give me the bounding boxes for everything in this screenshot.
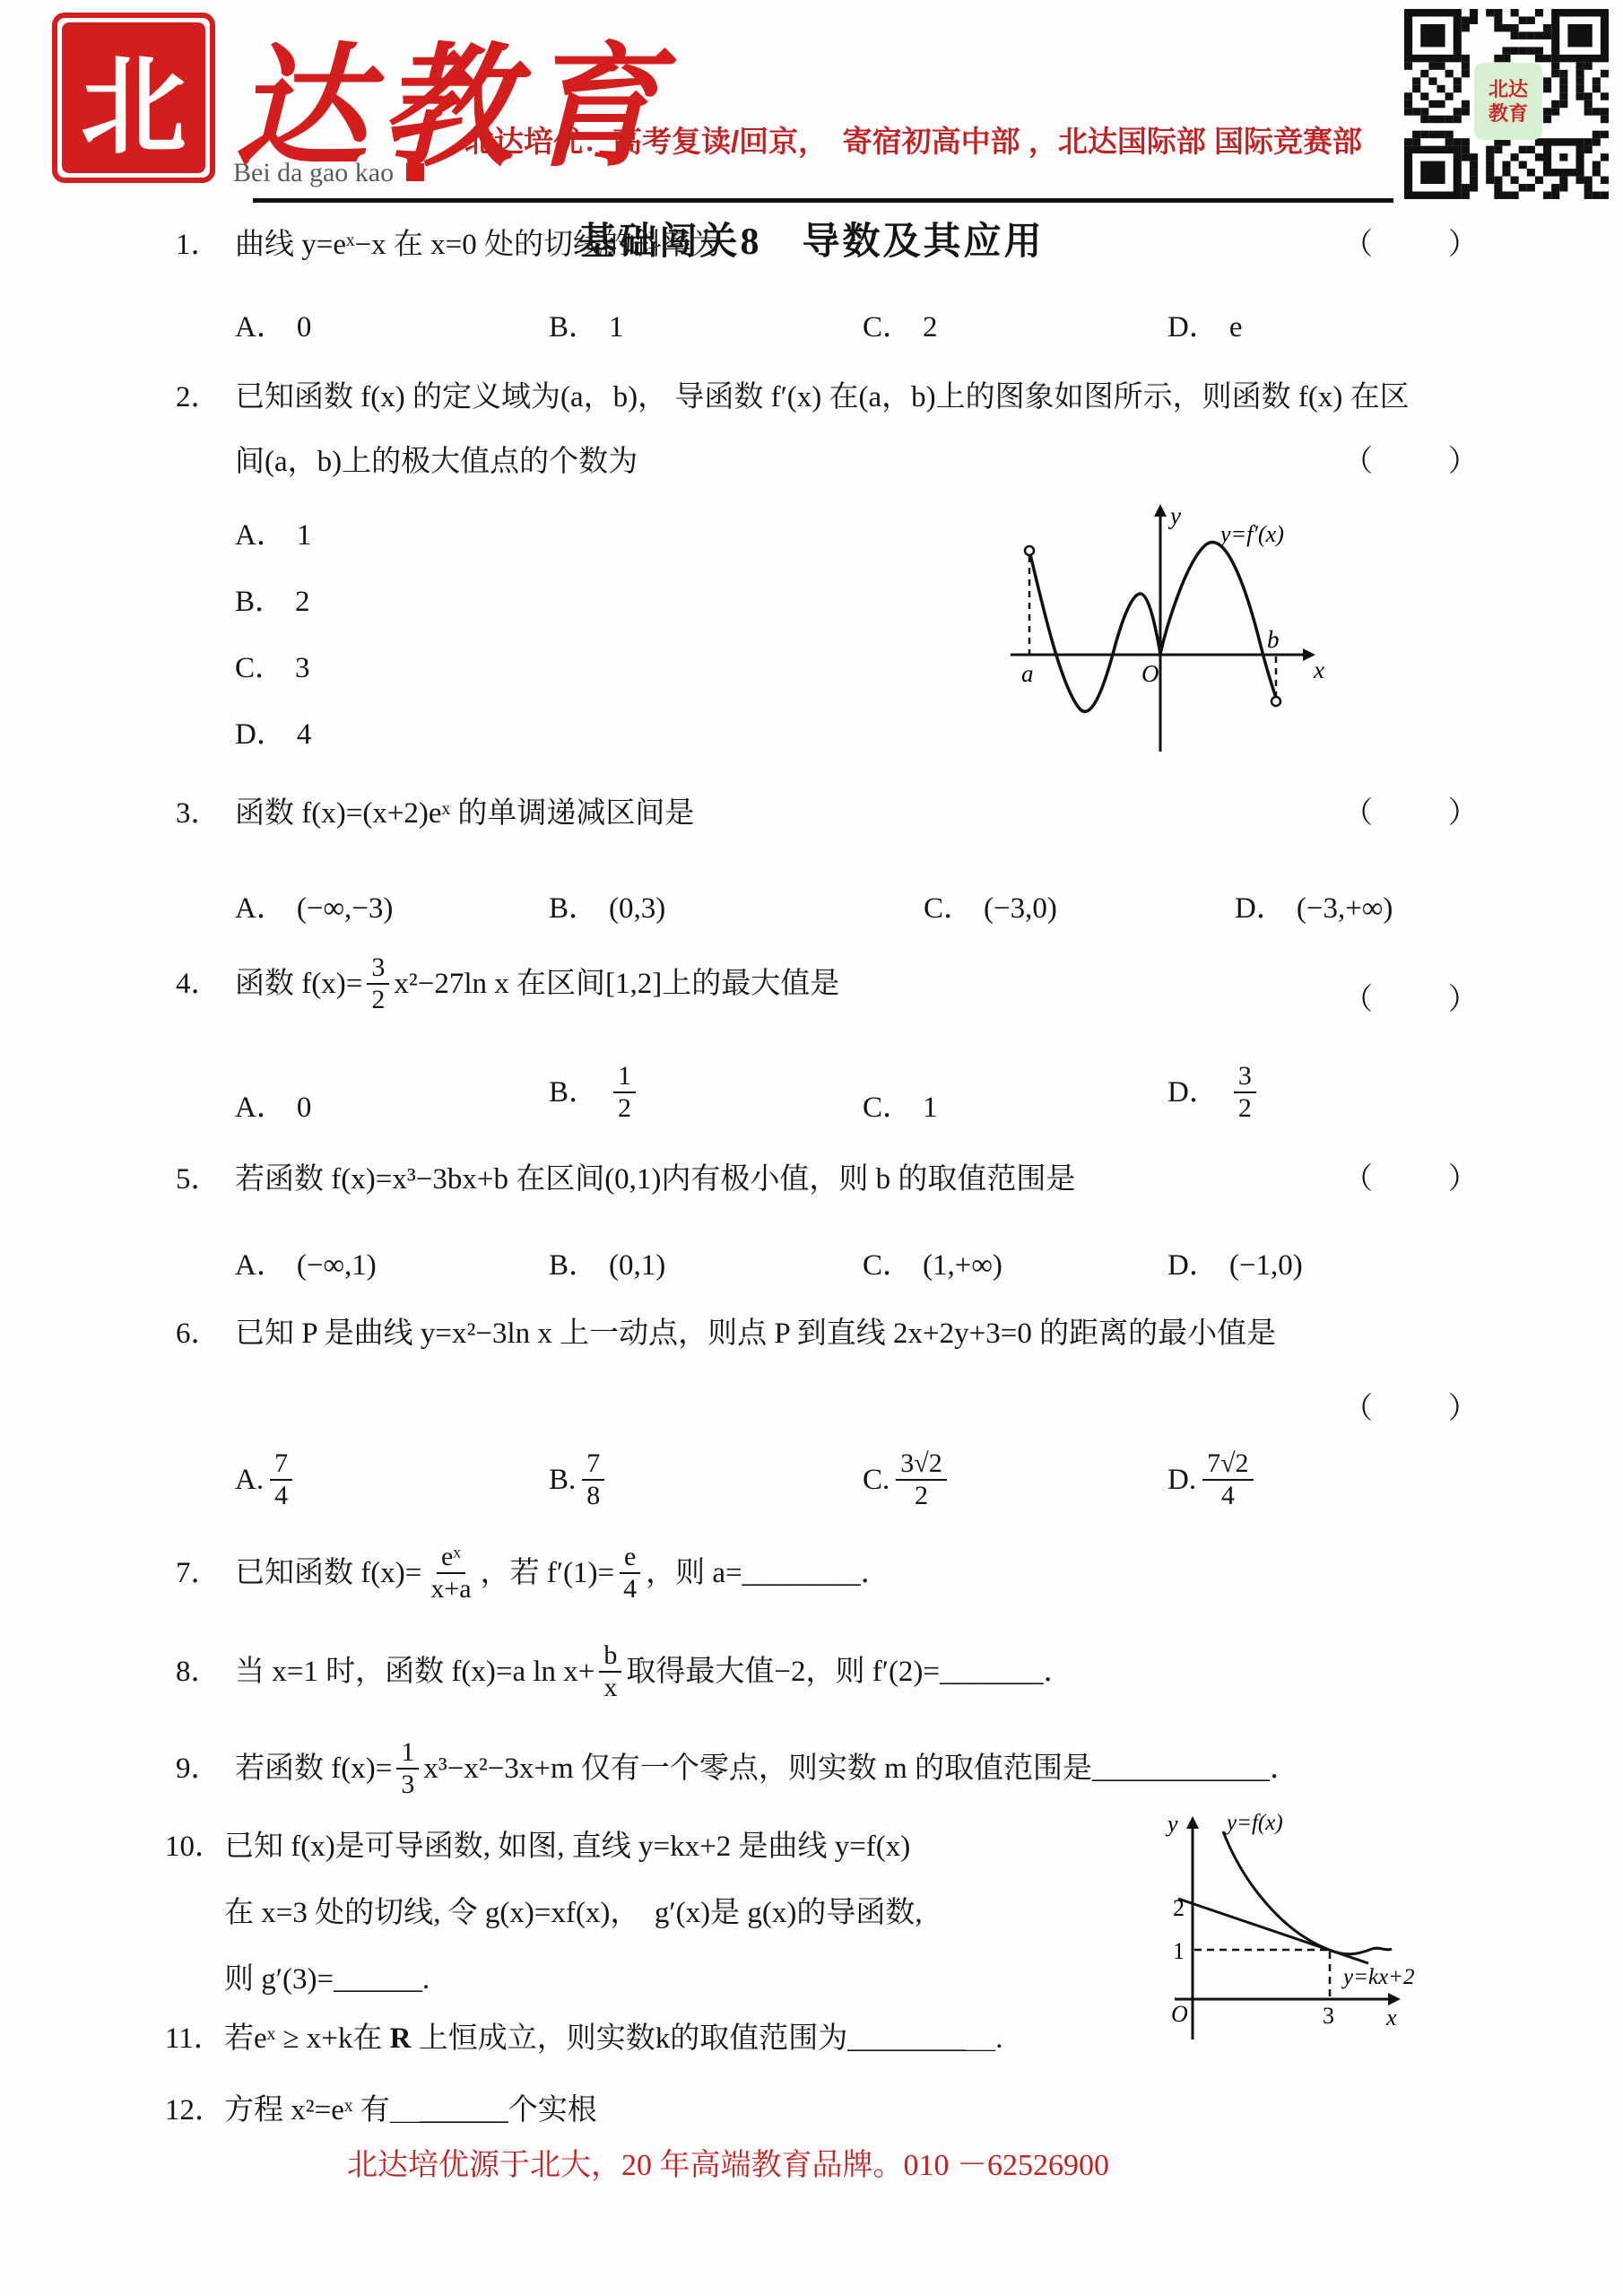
question-4-text: 函数 f(x)=32x²−27ln x 在区间[1,2]上的最大值是 [235,968,839,1000]
option-value: 32 [1229,1076,1261,1109]
question-10-line-3: 则 g′(3)=______. [224,1959,430,2002]
question-3-option-d: D．(−3,+∞) [1235,884,1393,926]
qr-label-line2: 教育 [1488,101,1528,126]
question-10-line-1: 10．已知 f(x)是可导函数, 如图, 直线 y=kx+2 是曲线 y=f(x… [165,1826,910,1869]
x-axis-arrow [1388,1993,1401,2005]
question-1-line-1: 1．曲线 y=eˣ−x 在 x=0 处的切线的斜率为 [176,224,721,267]
option-label: B. [549,1464,576,1496]
option-value: 2 [295,586,310,618]
option-label: C． [863,1249,912,1282]
question-3-line-1: 3．函数 f(x)=(x+2)eˣ 的单调递减区间是 [176,793,694,836]
question-5-option-b: B．(0,1) [549,1241,665,1283]
qr-center-label: 北达 教育 [1474,63,1542,140]
worksheet-page: 北 达教育 Bei da gao kao 北达培优：高考复读/回京， 寄宿初高中… [0,0,1623,2296]
question-10-line-2: 在 x=3 处的切线, 令 g(x)=xf(x)， g′(x)是 g(x)的导函… [224,1892,923,1935]
option-value: e [1229,311,1243,344]
question-1-answer-bracket: （ ） [1343,221,1483,263]
option-label: D． [1167,311,1219,344]
option-value: (1,+∞) [923,1249,1002,1282]
question-2-option-c: C．3 [235,644,310,686]
question-8-number: 8． [176,1651,235,1694]
qr-code: 北达 教育 [1404,9,1609,199]
question-4-option-a: A．0 [235,1083,311,1126]
question-5-line-1: 5．若函数 f(x)=x³−3bx+b 在区间(0,1)内有极小值，则 b 的取… [176,1159,1075,1202]
question-2-option-b: B．2 [235,578,310,620]
option-label: C． [863,1091,912,1124]
question-5-text: 若函数 f(x)=x³−3bx+b 在区间(0,1)内有极小值，则 b 的取值范… [235,1163,1075,1196]
curve-label: y=f′(x) [1218,521,1284,547]
question-3-option-a: A．(−∞,−3) [235,884,393,926]
open-endpoint-b [1271,697,1280,706]
question-12-text: 方程 x²=eˣ 有＿______个实根 [224,2094,597,2126]
question-2-number: 2． [176,377,235,420]
y-axis-label: y [1165,1811,1178,1837]
option-value: 7√24 [1198,1464,1257,1496]
open-endpoint-a [1025,546,1034,555]
option-value: (−∞,−3) [297,892,393,925]
derivative-graph-figure: y x O a b y=f′(x) [1000,495,1341,755]
question-4-option-b: B．12 [549,1064,640,1126]
tick-2-label: 2 [1173,1895,1185,1921]
question-2-line-2: 间(a，b)上的极大值点的个数为 [235,441,638,484]
option-value: (0,1) [609,1249,665,1282]
question-6-answer-bracket: （ ） [1343,1385,1483,1427]
header-banner-text: 北达培优：高考复读/回京， 寄宿初高中部 ，北达国际部 国际竞赛部 [464,118,1362,161]
x-axis-label: x [1385,2005,1397,2031]
question-4-answer-bracket: （ ） [1343,976,1483,1018]
question-3-option-b: B．(0,3) [549,884,665,926]
question-6-line-1: 6．已知 P 是曲线 y=x²−3ln x 上一动点，则点 P 到直线 2x+2… [176,1313,1276,1356]
question-2-text: 已知函数 f(x) 的定义域为(a，b)， 导函数 f′(x) 在(a，b)上的… [235,381,1410,413]
question-5-number: 5． [176,1159,235,1202]
option-value: 1 [297,519,312,552]
question-6-option-a: A.74 [235,1451,297,1513]
option-value: 3 [295,652,310,684]
origin-label: O [1141,660,1159,687]
question-3-number: 3． [176,793,235,836]
question-8-line-1: 8．当 x=1 时，函数 f(x)=a ln x+bx取得最大值−2，则 f′(… [176,1643,1073,1705]
question-9-text: 若函数 f(x)=13x³−x²−3x+m 仅有一个零点，则实数 m 的取值范围… [235,1752,1299,1785]
question-1-option-c: C．2 [863,303,938,345]
option-label: A. [235,1464,264,1496]
brand-subtext-label: Bei da gao kao [233,158,394,187]
question-6-number: 6． [176,1313,235,1356]
a-label: a [1021,660,1034,687]
option-label: A． [235,1091,286,1124]
question-4-line-1: 4．函数 f(x)=32x²−27ln x 在区间[1,2]上的最大值是 [176,955,839,1017]
option-value: (−3,0) [984,892,1057,925]
question-2-line-1: 2．已知函数 f(x) 的定义域为(a，b)， 导函数 f′(x) 在(a，b)… [176,377,1410,420]
y-axis-label: y [1167,502,1181,529]
question-3-answer-bracket: （ ） [1343,789,1483,831]
question-4-number: 4． [176,963,235,1006]
question-1-option-d: D．e [1167,303,1243,345]
question-6-option-c: C.3√22 [863,1451,951,1513]
qr-label-line1: 北达 [1488,77,1528,102]
question-11-text: 若eˣ ≥ x+k在 R 上恒成立，则实数k的取值范围为________＿. [224,2022,1003,2055]
question-9-number: 9． [176,1748,235,1791]
option-label: B． [549,1249,598,1282]
option-label: A． [235,519,286,552]
option-label: D． [1235,892,1286,925]
tick-3-label: 3 [1323,2003,1334,2029]
question-1-option-b: B．1 [549,303,624,345]
brand-seal-logo: 北 [52,13,215,183]
option-value: 1 [609,311,624,344]
question-6-option-b: B.78 [549,1451,609,1513]
option-value: 12 [609,1076,640,1109]
option-value: (0,3) [609,892,665,925]
b-label: b [1267,626,1280,653]
question-4-option-d: D．32 [1167,1064,1261,1126]
seal-character: 北 [81,22,187,174]
y-axis-arrow [1186,1816,1199,1829]
question-5-option-c: C．(1,+∞) [863,1241,1002,1283]
question-7-line-1: 7．已知函数 f(x)=eˣx+a，若 f′(1)=e4，则 a=_______… [176,1544,890,1606]
question-5-answer-bracket: （ ） [1343,1155,1483,1197]
question-1-option-a: A．0 [235,303,311,345]
option-label: C． [863,311,912,344]
option-value: (−∞,1) [297,1249,377,1282]
question-11-line-1: 11．若eˣ ≥ x+k在 R 上恒成立，则实数k的取值范围为________＿… [165,2018,1003,2061]
question-12-number: 12． [165,2090,224,2133]
option-value: (−3,+∞) [1297,892,1393,925]
x-axis-label: x [1313,657,1324,683]
tick-1-label: 1 [1173,1938,1185,1964]
question-4-option-c: C．1 [863,1083,938,1126]
question-10-text: 已知 f(x)是可导函数, 如图, 直线 y=kx+2 是曲线 y=f(x) [224,1831,910,1863]
curve-label: y=f(x) [1224,1811,1283,1835]
question-5-option-d: D．(−1,0) [1167,1241,1303,1283]
option-label: D． [1167,1249,1219,1282]
option-label: B． [235,586,284,618]
option-value: 0 [297,1091,312,1124]
line-label: y=kx+2 [1341,1965,1415,1989]
question-10-number: 10． [165,1826,224,1869]
option-value: (−1,0) [1229,1249,1303,1282]
option-value: 74 [265,1464,297,1496]
option-value: 0 [297,311,312,344]
option-label: B． [549,892,598,925]
option-label: B． [549,311,598,344]
option-label: C. [863,1464,890,1496]
red-square-mark [406,163,424,181]
question-6-option-d: D.7√24 [1167,1451,1258,1513]
function-curve [1223,1831,1392,1954]
question-6-text: 已知 P 是曲线 y=x²−3ln x 上一动点，则点 P 到直线 2x+2y+… [235,1318,1276,1350]
option-label: D. [1167,1464,1196,1496]
question-2-option-a: A．1 [235,511,311,553]
option-label: C． [924,892,973,925]
option-label: A． [235,892,286,925]
tangent-line-figure: y x O 2 1 3 y=f(x) y=kx+2 [1159,1808,1436,2059]
tangent-line [1178,1899,1368,1963]
question-11-number: 11． [165,2018,224,2061]
option-label: C． [235,652,284,684]
question-1-number: 1． [176,224,235,267]
option-label: B． [549,1076,598,1109]
brand-subtext: Bei da gao kao [233,158,424,188]
question-3-text: 函数 f(x)=(x+2)eˣ 的单调递减区间是 [235,797,694,830]
seal-inner: 北 [62,22,205,173]
question-8-text: 当 x=1 时，函数 f(x)=a ln x+bx取得最大值−2，则 f′(2)… [235,1656,1073,1688]
question-3-option-c: C．(−3,0) [924,884,1057,926]
question-1-text: 曲线 y=eˣ−x 在 x=0 处的切线的斜率为 [235,229,721,261]
question-2-option-d: D．4 [235,710,311,752]
option-value: 2 [923,311,938,344]
question-9-line-1: 9．若函数 f(x)=13x³−x²−3x+m 仅有一个零点，则实数 m 的取值… [176,1740,1299,1802]
option-label: D． [1167,1076,1219,1109]
option-value: 4 [297,718,312,751]
question-7-text: 已知函数 f(x)=eˣx+a，若 f′(1)=e4，则 a=________． [235,1557,890,1589]
option-label: A． [235,1249,286,1282]
origin-label: O [1171,2001,1188,2027]
question-5-option-a: A．(−∞,1) [235,1241,377,1283]
option-label: A． [235,311,286,344]
option-value: 3√22 [891,1464,950,1496]
option-value: 78 [577,1464,609,1496]
question-2-answer-bracket: （ ） [1343,438,1483,480]
header-rule [253,198,1393,203]
footer-slogan: 北达培优源于北大，20 年高端教育品牌。010 －62526900 [280,2140,1176,2184]
question-7-number: 7． [176,1552,235,1596]
question-12-line-1: 12．方程 x²=eˣ 有＿______个实根 [165,2090,597,2133]
y-axis-arrow [1154,504,1167,517]
option-value: 1 [923,1091,938,1124]
option-label: D． [235,718,286,751]
